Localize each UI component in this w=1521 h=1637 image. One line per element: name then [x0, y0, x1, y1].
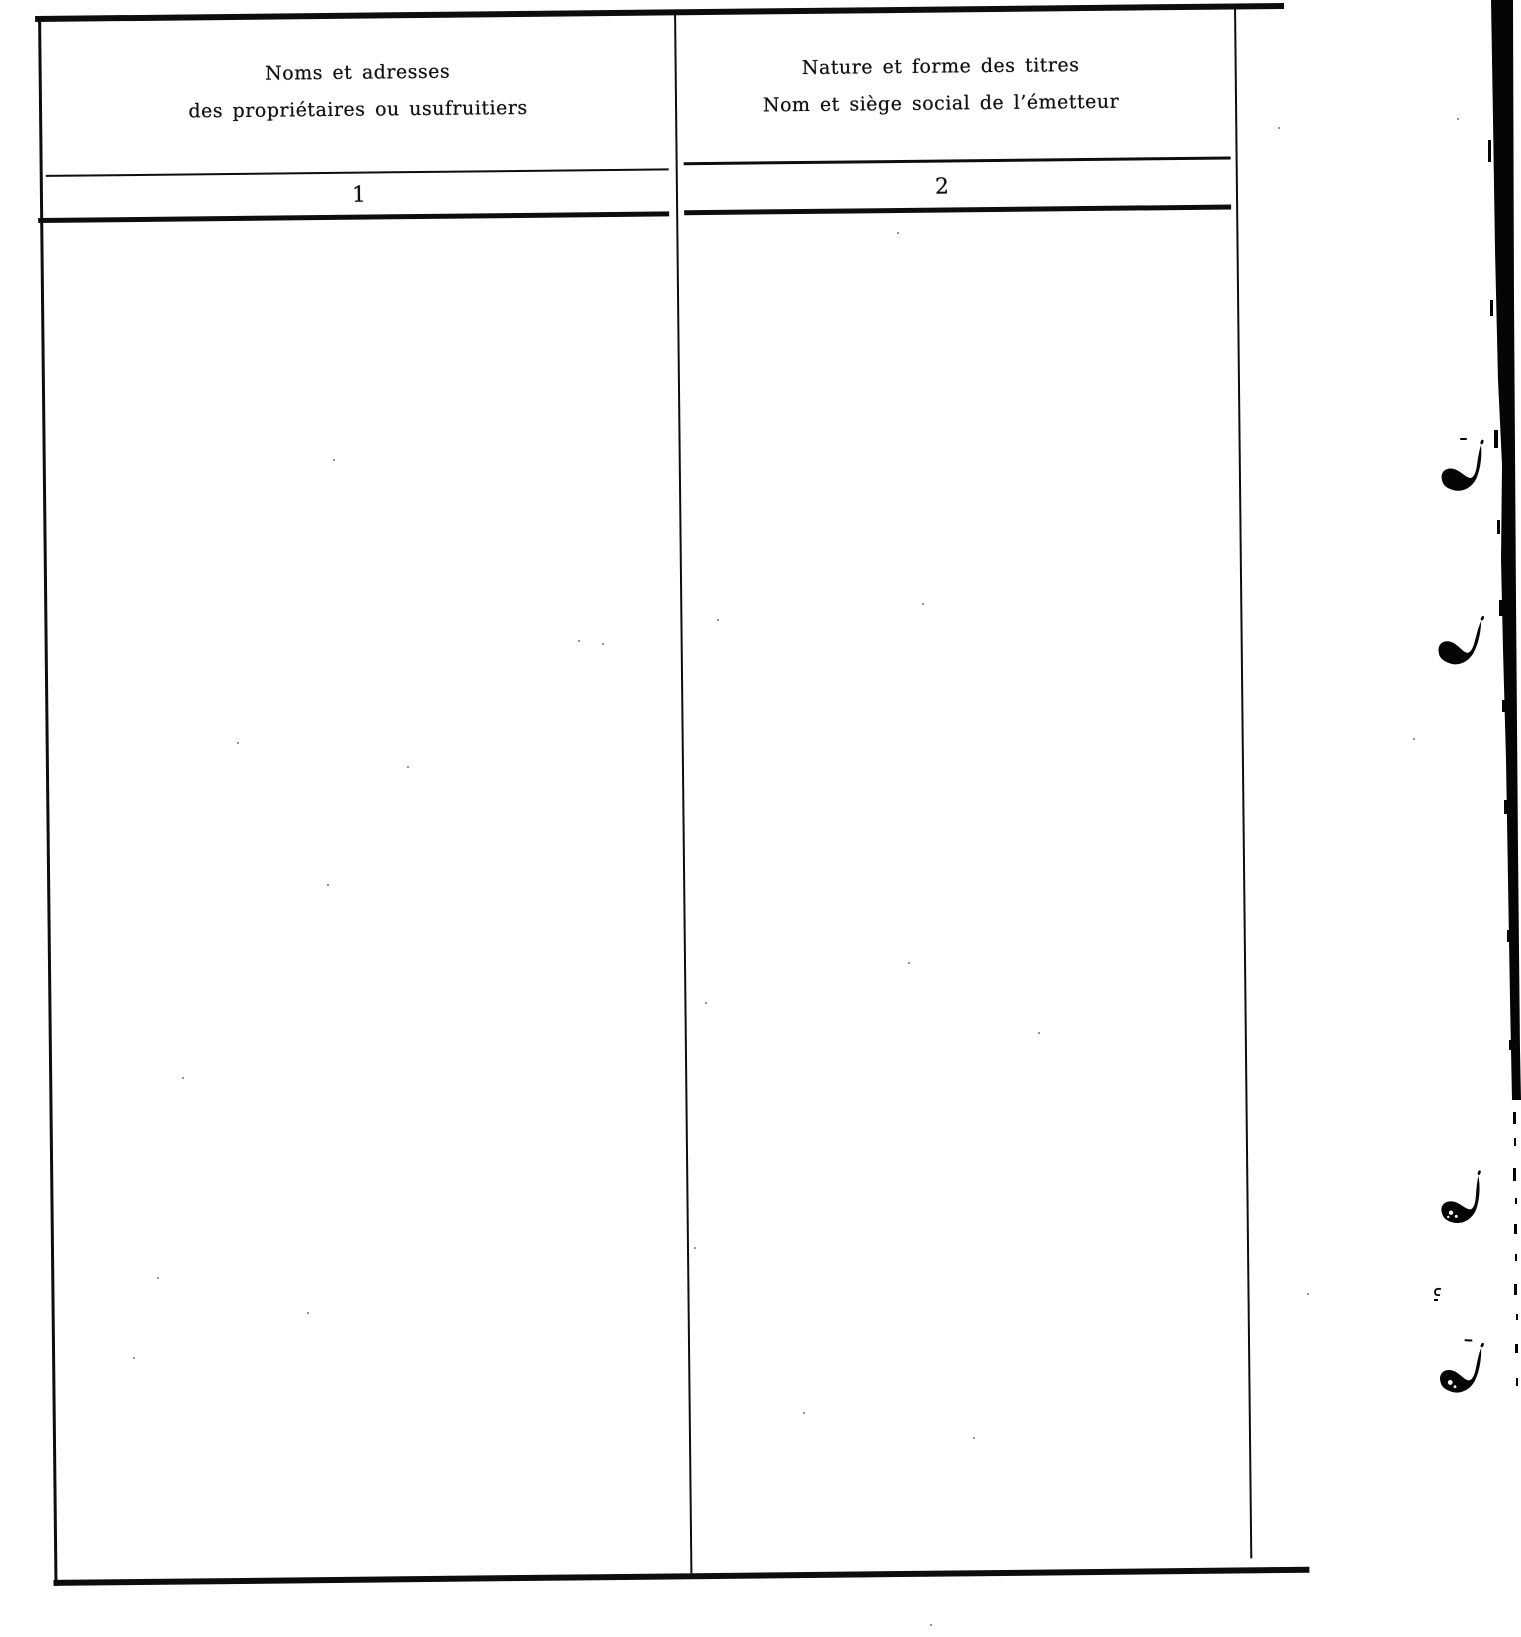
paper-speck [973, 1437, 975, 1439]
paper-speck [897, 232, 899, 234]
scan-edge-band [1480, 0, 1521, 1637]
paper-speck [182, 1077, 184, 1079]
header-rule-upper-col2 [684, 157, 1231, 166]
paper-speck [803, 1412, 805, 1414]
scanned-page: Noms et adresses des propriétaires ou us… [0, 0, 1521, 1637]
paper-speck [717, 619, 719, 621]
column2-header-line1: Nature et forme des titres [621, 54, 1261, 80]
ink-curl-mark [1432, 1286, 1446, 1304]
paper-speck [327, 884, 329, 886]
paper-speck [578, 640, 580, 642]
paper-speck [694, 1247, 696, 1249]
paper-speck [133, 1357, 135, 1359]
paper-speck [922, 603, 924, 605]
register-table: Noms et adresses des propriétaires ou us… [38, 0, 1310, 1592]
paper-speck [930, 1624, 932, 1626]
ink-blot-mark [1437, 1337, 1484, 1399]
column1-header-line1: Noms et adresses [38, 60, 678, 86]
column1-body-cell [43, 216, 689, 1579]
paper-speck [157, 1277, 159, 1279]
paper-speck [407, 766, 409, 768]
ink-blot-mark [1440, 436, 1484, 496]
column2-header-line2: Nom et siège social de l’émetteur [621, 91, 1261, 117]
paper-speck [705, 1002, 707, 1004]
paper-speck [333, 459, 335, 461]
column1-header-line2: des propriétaires ou usufruitiers [38, 97, 678, 123]
ink-blot-mark [1435, 608, 1485, 672]
header-rule-upper-col1 [46, 168, 669, 177]
column2-number: 2 [622, 173, 1262, 202]
column1-number: 1 [39, 181, 679, 210]
paper-speck [1307, 1293, 1309, 1295]
column2-body-cell [679, 210, 1249, 1572]
paper-speck [602, 643, 604, 645]
paper-speck [237, 742, 239, 744]
paper-speck [1278, 127, 1280, 129]
table-border-top [35, 3, 1284, 22]
paper-speck [1413, 738, 1415, 740]
paper-speck [1457, 118, 1459, 120]
paper-speck [307, 1312, 309, 1314]
paper-speck [908, 962, 910, 964]
paper-speck [1038, 1032, 1040, 1034]
ink-blot-mark [1437, 1167, 1485, 1230]
